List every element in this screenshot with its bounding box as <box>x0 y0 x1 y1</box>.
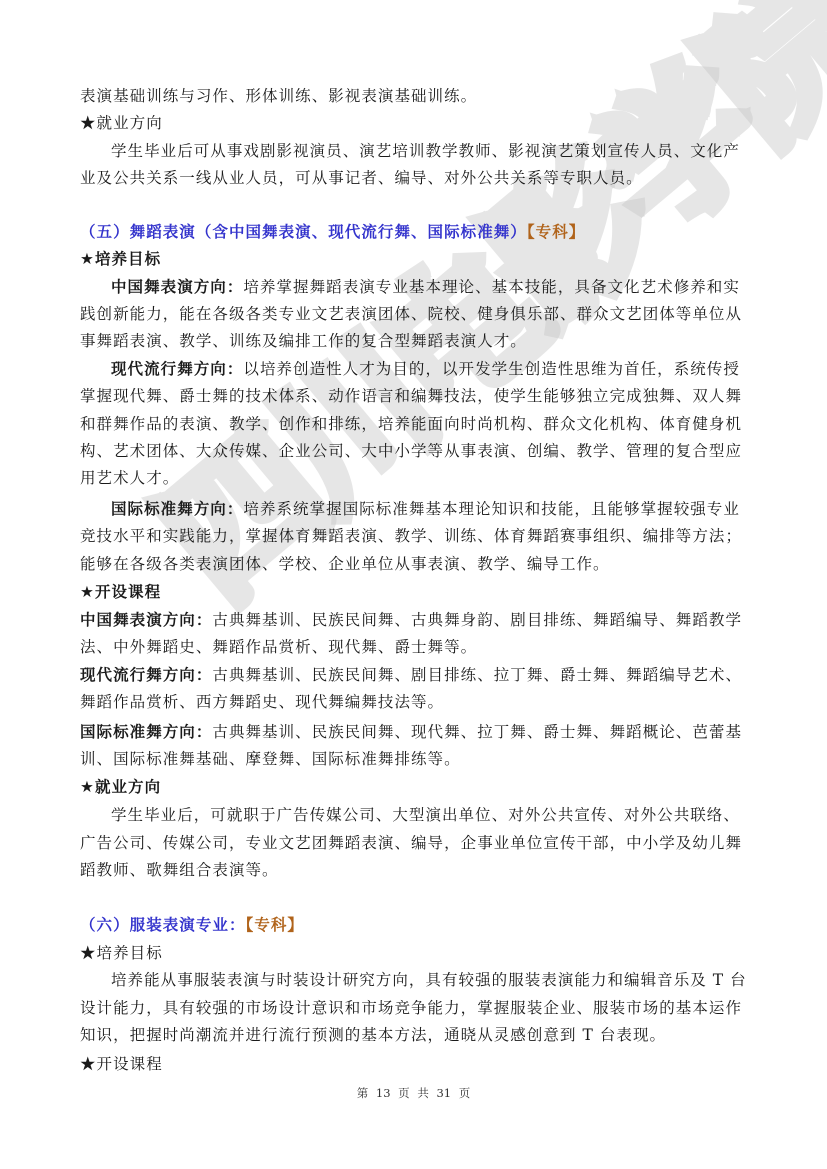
subheading-goals: ★培养目标 <box>80 943 163 963</box>
paragraph-line: 广告公司、传媒公司，专业文艺团舞蹈表演、编导，企事业单位宣传干部，中小学及幼儿舞 <box>80 833 742 853</box>
subheading-goals: ★培养目标 <box>80 249 161 269</box>
paragraph-line: 培养能从事服装表演与时装设计研究方向，具有较强的服装表演能力和编辑音乐及 T 台 <box>111 970 747 990</box>
level-tag: 【专科】 <box>527 223 585 241</box>
direction-label: 现代流行舞方向： <box>80 666 212 684</box>
level-tag: 【专科】 <box>246 916 304 934</box>
paragraph-line: 能够在各级各类表演团体、学校、企业单位从事表演、教学、编导工作。 <box>80 554 610 574</box>
paragraph-text: 以培养创造性人才为目的，以开发学生创造性思维为首任，系统传授 <box>243 360 740 378</box>
paragraph-text: 培养系统掌握国际标准舞基本理论知识和技能，且能够掌握较强专业 <box>243 500 740 518</box>
direction-label: 现代流行舞方向： <box>111 360 243 378</box>
section-title-dance: （五）舞蹈表演（含中国舞表演、现代流行舞、国际标准舞）【专科】 <box>80 222 585 242</box>
paragraph-text: 古典舞基训、民族民间舞、现代舞、拉丁舞、爵士舞、舞蹈概论、芭蕾基 <box>212 723 742 741</box>
paragraph-line: 训、国际标准舞基础、摩登舞、国际标准舞排练等。 <box>80 749 461 769</box>
section-title-text: （六）服装表演专业： <box>80 916 246 934</box>
paragraph-line: 设计能力，具有较强的市场设计意识和市场竞争能力，掌握服装企业、服装市场的基本运作 <box>80 998 742 1018</box>
paragraph-line: 学生毕业后，可就职于广告传媒公司、大型演出单位、对外公共宣传、对外公共联络、 <box>111 805 740 825</box>
direction-label: 中国舞表演方向： <box>111 278 243 296</box>
paragraph-line: 舞蹈作品赏析、西方舞蹈史、现代舞编舞技法等。 <box>80 692 444 712</box>
subheading-courses: ★开设课程 <box>80 1054 163 1074</box>
paragraph-line: 和群舞作品的表演、教学、创作和排练，培养能面向时尚机构、群众文化机构、体育健身机 <box>80 414 742 434</box>
section-title-text: （五）舞蹈表演（含中国舞表演、现代流行舞、国际标准舞） <box>80 223 527 241</box>
paragraph-line: 事舞蹈表演、教学、训练及编排工作的复合型舞蹈表演人才。 <box>80 331 527 351</box>
section-title-fashion: （六）服装表演专业：【专科】 <box>80 915 304 935</box>
paragraph-text: 培养掌握舞蹈表演专业基本理论、基本技能，具备文化艺术修养和实 <box>243 278 740 296</box>
paragraph-line: 践创新能力，能在各级各类专业文艺表演团体、院校、健身俱乐部、群众文艺团体等单位从 <box>80 304 742 324</box>
direction-label: 中国舞表演方向： <box>80 611 212 629</box>
paragraph-line: 国际标准舞方向：古典舞基训、民族民间舞、现代舞、拉丁舞、爵士舞、舞蹈概论、芭蕾基 <box>80 722 742 742</box>
paragraph-line: 学生毕业后可从事戏剧影视演员、演艺培训教学教师、影视演艺策划宣传人员、文化产 <box>111 141 740 161</box>
paragraph-line: 中国舞表演方向：培养掌握舞蹈表演专业基本理论、基本技能，具备文化艺术修养和实 <box>111 277 740 297</box>
paragraph-line: 法、中外舞蹈史、舞蹈作品赏析、现代舞、爵士舞等。 <box>80 637 477 657</box>
paragraph-line: 业及公共关系一线从业人员，可从事记者、编导、对外公共关系等专职人员。 <box>80 168 643 188</box>
paragraph-line: 现代流行舞方向：以培养创造性人才为目的，以开发学生创造性思维为首任，系统传授 <box>111 359 740 379</box>
page-number-footer: 第 13 页 共 31 页 <box>0 1085 827 1101</box>
paragraph-line: 知识，把握时尚潮流并进行流行预测的基本方法，通晓从灵感创意到 T 台表现。 <box>80 1025 666 1045</box>
paragraph-text: 古典舞基训、民族民间舞、古典舞身韵、剧目排练、舞蹈编导、舞蹈教学 <box>212 611 742 629</box>
paragraph-line: 表演基础训练与习作、形体训练、影视表演基础训练。 <box>80 86 477 106</box>
paragraph-line: 中国舞表演方向：古典舞基训、民族民间舞、古典舞身韵、剧目排练、舞蹈编导、舞蹈教学 <box>80 610 742 630</box>
paragraph-text: 古典舞基训、民族民间舞、剧目排练、拉丁舞、爵士舞、舞蹈编导艺术、 <box>212 666 742 684</box>
paragraph-line: 用艺术人才。 <box>80 468 179 488</box>
paragraph-line: 掌握现代舞、爵士舞的技术体系、动作语言和编舞技法，使学生能够独立完成独舞、双人舞 <box>80 386 742 406</box>
subheading-employment: ★就业方向 <box>80 777 161 797</box>
paragraph-line: 构、艺术团体、大众传媒、企业公司、大中小学等从事表演、创编、教学、管理的复合型应 <box>80 441 742 461</box>
subheading-courses: ★开设课程 <box>80 582 161 602</box>
paragraph-line: 竞技水平和实践能力，掌握体育舞蹈表演、教学、训练、体育舞蹈赛事组织、编排等方法； <box>80 526 742 546</box>
paragraph-line: 现代流行舞方向：古典舞基训、民族民间舞、剧目排练、拉丁舞、爵士舞、舞蹈编导艺术、 <box>80 665 742 685</box>
paragraph-line: 蹈教师、歌舞组合表演等。 <box>80 860 279 880</box>
direction-label: 国际标准舞方向： <box>80 723 212 741</box>
paragraph-line: 国际标准舞方向：培养系统掌握国际标准舞基本理论知识和技能，且能够掌握较强专业 <box>111 499 740 519</box>
section-heading-employment: ★就业方向 <box>80 113 163 133</box>
direction-label: 国际标准舞方向： <box>111 500 243 518</box>
